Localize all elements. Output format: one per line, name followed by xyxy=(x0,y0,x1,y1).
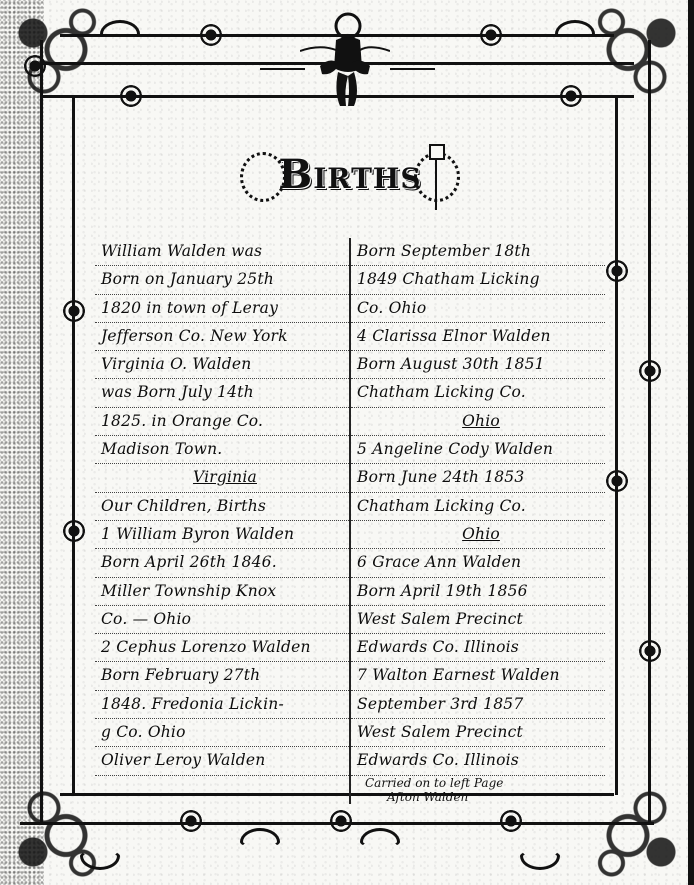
entry-text: Virginia O. Walden xyxy=(101,355,251,373)
entry-text: Born September 18th xyxy=(357,242,531,260)
entry-text: Jefferson Co. New York xyxy=(101,327,288,345)
entry-line: West Salem Precinct xyxy=(351,606,605,634)
entry-text: Born April 19th 1856 xyxy=(357,582,528,600)
entry-line: Born June 24th 1853 xyxy=(351,464,605,492)
entry-line: Edwards Co. Illinois xyxy=(351,634,605,662)
entry-text: Ohio xyxy=(462,525,500,543)
entry-line: William Walden was xyxy=(95,238,349,266)
entry-text: Virginia xyxy=(193,468,257,486)
page-title: Births xyxy=(278,151,421,198)
entry-line: Chatham Licking Co. xyxy=(351,379,605,407)
entry-text: 1848. Fredonia Lickin- xyxy=(101,695,284,713)
entry-text: g Co. Ohio xyxy=(101,723,186,741)
entry-line: Born April 26th 1846. xyxy=(95,549,349,577)
entry-line: Jefferson Co. New York xyxy=(95,323,349,351)
entry-line: Edwards Co. Illinois xyxy=(351,747,605,775)
entry-line: Born September 18th xyxy=(351,238,605,266)
scanned-page: Births William Walden wasBorn on January… xyxy=(0,0,694,885)
flourish-icon xyxy=(240,152,286,202)
entry-line: Miller Township Knox xyxy=(95,578,349,606)
entry-line: Ohio xyxy=(351,408,605,436)
entry-text: 5 Angeline Cody Walden xyxy=(357,440,553,458)
entry-line: 7 Walton Earnest Walden xyxy=(351,662,605,690)
entry-text: William Walden was xyxy=(101,242,262,260)
entry-text: was Born July 14th xyxy=(101,383,254,401)
entry-text: Born on January 25th xyxy=(101,270,274,288)
entry-line: Ohio xyxy=(351,521,605,549)
left-column: William Walden wasBorn on January 25th18… xyxy=(95,238,351,804)
entry-text: 4 Clarissa Elnor Walden xyxy=(357,327,551,345)
scan-edge-shadow xyxy=(688,0,694,885)
entry-text: 7 Walton Earnest Walden xyxy=(357,666,560,684)
branch-ornament xyxy=(260,68,305,70)
entry-line: West Salem Precinct xyxy=(351,719,605,747)
entry-text: West Salem Precinct xyxy=(357,610,523,628)
entry-line: g Co. Ohio xyxy=(95,719,349,747)
entry-text: Chatham Licking Co. xyxy=(357,383,526,401)
entry-text: Born February 27th xyxy=(101,666,260,684)
entry-text: Co. Ohio xyxy=(357,299,426,317)
footnote-text: Carried on to left Page xyxy=(351,776,605,790)
entry-line: Born August 30th 1851 xyxy=(351,351,605,379)
entry-text: 2 Cephus Lorenzo Walden xyxy=(101,638,311,656)
entry-text: Born August 30th 1851 xyxy=(357,355,545,373)
scan-edge-noise xyxy=(0,0,44,885)
entry-text: Co. — Ohio xyxy=(101,610,191,628)
entry-text: 6 Grace Ann Walden xyxy=(357,553,521,571)
entry-line: Virginia xyxy=(95,464,349,492)
entry-text: 1849 Chatham Licking xyxy=(357,270,540,288)
branch-ornament xyxy=(390,68,435,70)
entry-line: 1820 in town of Leray xyxy=(95,295,349,323)
entry-text: Edwards Co. Illinois xyxy=(357,638,519,656)
entry-text: Oliver Leroy Walden xyxy=(101,751,265,769)
entry-line: Born February 27th xyxy=(95,662,349,690)
entry-text: Edwards Co. Illinois xyxy=(357,751,519,769)
entry-line: Co. — Ohio xyxy=(95,606,349,634)
entry-text: West Salem Precinct xyxy=(357,723,523,741)
entry-text: 1825. in Orange Co. xyxy=(101,412,263,430)
entry-text: Born June 24th 1853 xyxy=(357,468,524,486)
title-pendant-ornament xyxy=(435,148,437,210)
births-ledger: William Walden wasBorn on January 25th18… xyxy=(95,238,605,804)
entry-line: 6 Grace Ann Walden xyxy=(351,549,605,577)
entry-line: 1848. Fredonia Lickin- xyxy=(95,691,349,719)
entry-text: Our Children, Births xyxy=(101,497,266,515)
entry-text: Born April 26th 1846. xyxy=(101,553,277,571)
entry-line: Born on January 25th xyxy=(95,266,349,294)
corner-ornament-top-left xyxy=(0,0,110,110)
entry-line: 4 Clarissa Elnor Walden xyxy=(351,323,605,351)
cherub-with-birds-icon xyxy=(300,6,390,116)
entry-line: was Born July 14th xyxy=(95,379,349,407)
entry-line: 1849 Chatham Licking xyxy=(351,266,605,294)
entry-line: 1 William Byron Walden xyxy=(95,521,349,549)
entry-text: Madison Town. xyxy=(101,440,222,458)
entry-text: 1820 in town of Leray xyxy=(101,299,278,317)
footnote-text: Afton Walden xyxy=(351,790,605,804)
entry-line: Our Children, Births xyxy=(95,493,349,521)
entry-text: Chatham Licking Co. xyxy=(357,497,526,515)
entry-line: Madison Town. xyxy=(95,436,349,464)
entry-line: Born April 19th 1856 xyxy=(351,578,605,606)
entry-line: 5 Angeline Cody Walden xyxy=(351,436,605,464)
right-column: Born September 18th1849 Chatham LickingC… xyxy=(351,238,605,804)
entry-line: Chatham Licking Co. xyxy=(351,493,605,521)
entry-line: Virginia O. Walden xyxy=(95,351,349,379)
entry-text: Ohio xyxy=(462,412,500,430)
entry-text: September 3rd 1857 xyxy=(357,695,523,713)
entry-text: 1 William Byron Walden xyxy=(101,525,294,543)
entry-line: Co. Ohio xyxy=(351,295,605,323)
title-plate: Births xyxy=(240,142,460,206)
entry-line: September 3rd 1857 xyxy=(351,691,605,719)
entry-line: Oliver Leroy Walden xyxy=(95,747,349,775)
entry-line: 1825. in Orange Co. xyxy=(95,408,349,436)
corner-ornament-top-right xyxy=(584,0,694,110)
entry-line: 2 Cephus Lorenzo Walden xyxy=(95,634,349,662)
entry-text: Miller Township Knox xyxy=(101,582,276,600)
